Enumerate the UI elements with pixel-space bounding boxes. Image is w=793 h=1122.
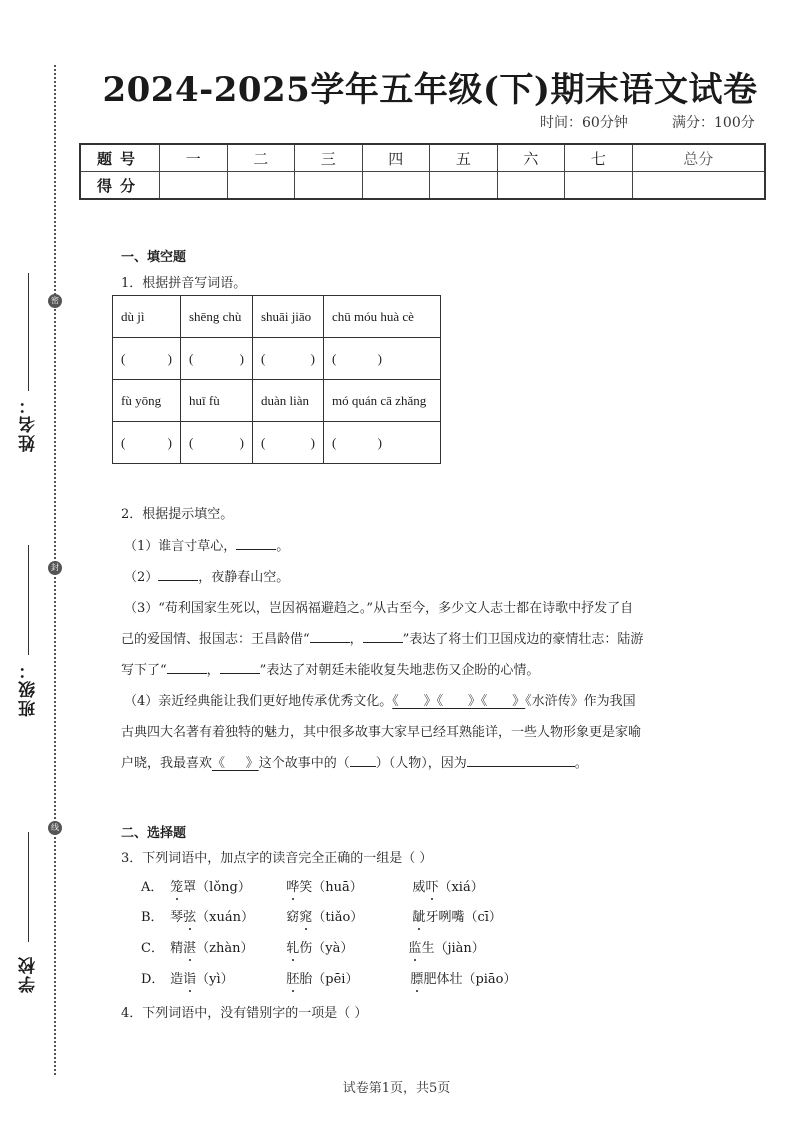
text: 威 (412, 880, 425, 895)
q2-part-2: （2），夜静春山空。 (124, 566, 289, 585)
col-5: 五 (430, 144, 498, 172)
seal-mi-icon: 密 (48, 294, 62, 308)
exam-full-score: 满分：100分 (672, 112, 755, 132)
class-write-line[interactable] (28, 545, 29, 655)
pinyin-row: fù yōng huī fù duàn liàn mó quán cā zhǎn… (113, 380, 441, 422)
text: （xiá） (438, 880, 483, 895)
book-title-blanks[interactable]: 《 》《 》《 》 (392, 694, 525, 709)
exam-time: 时间：60分钟 (540, 112, 628, 132)
dotted-char: 弦 (183, 910, 196, 925)
text: 精 (170, 941, 183, 956)
dotted-char: 轧 (286, 941, 299, 956)
text: 户晓，我最喜欢 (121, 756, 212, 771)
paren-open: ( (261, 351, 265, 367)
pinyin-cell: shuāi jiāo (253, 296, 324, 338)
q2-part-4-line-3: 户晓，我最喜欢《 》这个故事中的（）（人物），因为。 (121, 752, 588, 771)
text: ）（人物），因为 (376, 756, 467, 771)
q2-part-2-label: （2） (124, 570, 158, 585)
school-label: 学校 (16, 955, 41, 993)
score-cell-4[interactable] (362, 172, 430, 200)
text: 造 (170, 972, 183, 987)
answer-cell[interactable]: () (113, 338, 181, 380)
pinyin-cell: mó quán cā zhǎng (324, 380, 441, 422)
option-label: B． (141, 906, 166, 925)
score-table-header-row: 题号 一 二 三 四 五 六 七 总分 (80, 144, 765, 172)
answer-row: () () () () (113, 338, 441, 380)
dotted-char: 哗 (286, 880, 299, 895)
text: 写下了“ (121, 663, 167, 678)
q2-part-1-text: （1）谁言寸草心， (124, 539, 236, 554)
q2-part-3-line-2: 己的爱国情、报国志：王昌龄借“，”表达了将士们卫国戍边的豪情壮志：陆游 (121, 628, 643, 647)
answer-cell[interactable]: () (113, 422, 181, 464)
paren-close: ) (240, 351, 244, 367)
q3-option-b[interactable]: B． 琴弦（xuán） 窈窕（tiǎo） 龇牙咧嘴（cī） (141, 906, 502, 925)
pinyin-row: dù jì shēng chù shuāi jiāo chū móu huà c… (113, 296, 441, 338)
answer-blank[interactable] (363, 630, 403, 643)
answer-blank[interactable] (167, 661, 207, 674)
q1-prompt: 1．根据拼音写词语。 (121, 272, 246, 291)
paren-open: ( (261, 435, 265, 451)
q2-part-1: （1）谁言寸草心，。 (124, 535, 289, 554)
name-label: 姓名： (16, 395, 41, 452)
paren-close: ) (311, 351, 315, 367)
q2-part-3-line-3: 写下了“，”表达了对朝廷未能收复失地悲伤又企盼的心情。 (121, 659, 539, 678)
text: 。 (575, 756, 588, 771)
text: 生（jiàn） (421, 941, 484, 956)
score-cell-1[interactable] (160, 172, 228, 200)
q2-part-1-end: 。 (276, 539, 289, 554)
text: （4）亲近经典能让我们更好地传承优秀文化。 (124, 694, 392, 709)
dotted-char: 监 (408, 941, 421, 956)
section-1-heading: 一、填空题 (121, 246, 186, 265)
text: 窈 (286, 910, 299, 925)
reason-blank[interactable] (467, 754, 575, 767)
col-1: 一 (160, 144, 228, 172)
text: 罩（lǒng） (183, 880, 251, 895)
pinyin-cell: duàn liàn (253, 380, 324, 422)
school-write-line[interactable] (28, 832, 29, 942)
q2-part-3-line-1: （3）“苟利国家生死以，岂因祸福避趋之。”从古至今，多少文人志士都在诗歌中抒发了… (124, 597, 633, 616)
answer-blank[interactable] (310, 630, 350, 643)
answer-blank[interactable] (158, 568, 198, 581)
page-footer: 试卷第1页，共5页 (0, 1077, 793, 1096)
pinyin-cell: chū móu huà cè (324, 296, 441, 338)
text: 琴 (170, 910, 183, 925)
q3-option-d[interactable]: D． 造诣（yì） 胚胎（pēi） 膘肥体壮（piāo） (141, 968, 517, 987)
dotted-char: 吓 (425, 880, 438, 895)
dotted-char: 诣 (183, 972, 196, 987)
answer-cell[interactable]: () (181, 422, 253, 464)
dotted-char: 膘 (410, 972, 423, 987)
answer-cell[interactable]: () (324, 422, 441, 464)
q3-prompt: 3．下列词语中，加点字的读音完全正确的一组是（ ） (121, 847, 432, 866)
dotted-char: 胚 (286, 972, 299, 987)
text: 伤（yà） (299, 941, 353, 956)
q2-prompt: 2．根据提示填空。 (121, 503, 233, 522)
paren-close: ) (311, 435, 315, 451)
paren-open: ( (332, 435, 336, 451)
col-3: 三 (295, 144, 363, 172)
col-4: 四 (362, 144, 430, 172)
score-cell-5[interactable] (430, 172, 498, 200)
text: ”表达了对朝廷未能收复失地悲伤又企盼的心情。 (260, 663, 540, 678)
paren-close: ) (378, 435, 382, 451)
score-cell-2[interactable] (227, 172, 295, 200)
score-cell-3[interactable] (295, 172, 363, 200)
text: 《水浒传》作为我国 (525, 694, 636, 709)
character-blank[interactable] (350, 754, 376, 767)
text: 牙咧嘴（cī） (425, 910, 501, 925)
q3-option-a[interactable]: A． 笼罩（lǒng） 哗笑（huā） 威吓（xiá） (141, 876, 484, 895)
answer-cell[interactable]: () (324, 338, 441, 380)
text: （xuán） (196, 910, 254, 925)
answer-blank[interactable] (236, 537, 276, 550)
option-label: A． (141, 876, 166, 895)
section-2-heading: 二、选择题 (121, 822, 186, 841)
col-total: 总分 (632, 144, 765, 172)
pinyin-cell: huī fù (181, 380, 253, 422)
score-cell-7[interactable] (565, 172, 633, 200)
pinyin-table: dù jì shēng chù shuāi jiāo chū móu huà c… (112, 295, 441, 464)
text: 笑（huā） (299, 880, 363, 895)
seal-feng-icon: 封 (48, 561, 62, 575)
col-2: 二 (227, 144, 295, 172)
seal-xian-icon: 线 (48, 821, 62, 835)
option-label: D． (141, 968, 166, 987)
question-number-label: 题号 (80, 144, 160, 172)
q4-prompt: 4．下列词语中，没有错别字的一项是（ ） (121, 1002, 367, 1021)
text: （zhàn） (196, 941, 253, 956)
col-6: 六 (497, 144, 565, 172)
text: ， (207, 663, 220, 678)
text: （tiǎo） (312, 910, 363, 925)
col-7: 七 (565, 144, 633, 172)
answer-cell[interactable]: () (253, 422, 324, 464)
exam-title: 2024-2025学年五年级(下)期末语文试卷 (100, 62, 760, 111)
score-table-score-row: 得分 (80, 172, 765, 200)
text: ”表达了将士们卫国戍边的豪情壮志：陆游 (403, 632, 644, 647)
score-cell-6[interactable] (497, 172, 565, 200)
score-table: 题号 一 二 三 四 五 六 七 总分 得分 (79, 143, 766, 200)
book-title-blank[interactable]: 《 》 (212, 756, 259, 771)
text: 肥体壮（piāo） (423, 972, 516, 987)
answer-cell[interactable]: () (253, 338, 324, 380)
paren-close: ) (168, 435, 172, 451)
q2-part-4-line-2: 古典四大名著有着独特的魅力，其中很多故事大家早已经耳熟能详，一些人物形象更是家喻 (121, 721, 641, 740)
pinyin-cell: shēng chù (181, 296, 253, 338)
q2-part-4-line-1: （4）亲近经典能让我们更好地传承优秀文化。《 》《 》《 》《水浒传》作为我国 (124, 690, 636, 709)
class-label: 班级： (16, 660, 41, 717)
dotted-char: 龇 (412, 910, 425, 925)
paren-open: ( (121, 435, 125, 451)
paren-open: ( (189, 351, 193, 367)
name-write-line[interactable] (28, 273, 29, 391)
paren-close: ) (168, 351, 172, 367)
paren-close: ) (378, 351, 382, 367)
answer-cell[interactable]: () (181, 338, 253, 380)
q2-part-2-text: ，夜静春山空。 (198, 570, 289, 585)
dotted-char: 湛 (183, 941, 196, 956)
text: ， (350, 632, 363, 647)
answer-blank[interactable] (220, 661, 260, 674)
paren-close: ) (240, 435, 244, 451)
option-label: C． (141, 937, 166, 956)
pinyin-cell: dù jì (113, 296, 181, 338)
paren-open: ( (332, 351, 336, 367)
answer-row: () () () () (113, 422, 441, 464)
text: 己的爱国情、报国志：王昌龄借“ (121, 632, 310, 647)
score-label: 得分 (80, 172, 160, 200)
q3-option-c[interactable]: C． 精湛（zhàn） 轧伤（yà） 监生（jiàn） (141, 937, 485, 956)
paren-open: ( (189, 435, 193, 451)
text: 这个故事中的（ (259, 756, 350, 771)
score-cell-total[interactable] (632, 172, 765, 200)
text: 胎（pēi） (299, 972, 358, 987)
dotted-char: 窕 (299, 910, 312, 925)
pinyin-cell: fù yōng (113, 380, 181, 422)
dotted-char: 笼 (170, 880, 183, 895)
paren-open: ( (121, 351, 125, 367)
text: （yì） (196, 972, 234, 987)
